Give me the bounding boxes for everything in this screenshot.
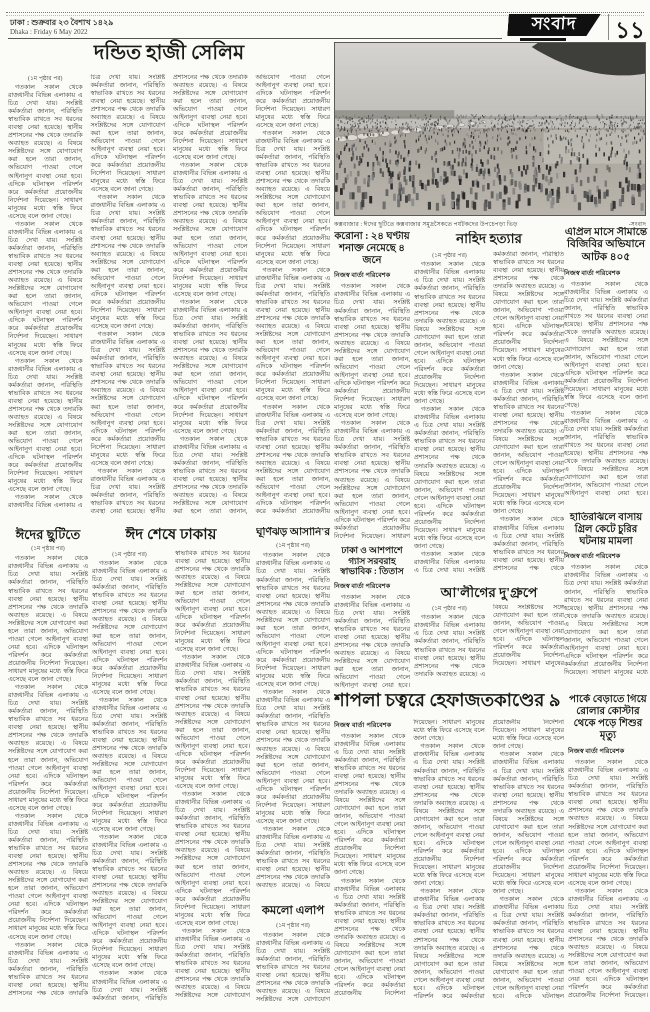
- headline-shapla: শাপলা চত্বরে হেফাজতকাণ্ডের ৯ বছর: [334, 690, 564, 711]
- article-corona: করোনা : ২৪ ঘণ্টায় শনাক্ত নেমেছে ৪ জনে ন…: [334, 231, 410, 542]
- article-body: গতকাল সকাল থেকে রাজধানীর বিভিন্ন এলাকায়…: [568, 759, 648, 1008]
- article-text: গতকাল সকাল থেকে রাজধানীর বিভিন্ন এলাকায়…: [564, 564, 648, 686]
- beach-photo: [334, 42, 646, 216]
- reporter-label: নিজস্ব বার্তা পরিবেশক: [334, 269, 410, 281]
- headline-hajee-selim: দন্ডিত হাজী সেলিম: [8, 42, 330, 66]
- headline-park: পার্কে বেড়াতে গিয়ে রোলার কোস্টার থেকে …: [568, 694, 648, 742]
- article-text: গতকাল সকাল থেকে রাজধানীর বিভিন্ন এলাকায়…: [334, 719, 564, 1003]
- continued-label: (১ম পৃষ্ঠার পর): [92, 552, 167, 559]
- headline-corona: করোনা : ২৪ ঘণ্টায় শনাক্ত নেমেছে ৪ জনে: [334, 231, 410, 266]
- article-text: গতকাল সকাল থেকে রাজধানীর বিভিন্ন এলাকায়…: [568, 759, 648, 1008]
- article-body: (১ম পৃষ্ঠার পর) গতকাল সকাল থেকে রাজধানীর…: [8, 74, 330, 518]
- article-cyclone: ঘূর্ণিঝড় আসানি'র (১ম পৃষ্ঠার পর) গতকাল …: [256, 527, 330, 899]
- article-text: গতকাল সকাল থেকে রাজধানীর বিভিন্ন এলাকায়…: [8, 555, 88, 1001]
- caption-text: কক্সবাজার : ঈদের ছুটিতে কক্সবাজার সমুদ্র…: [334, 219, 517, 230]
- article-text: গতকাল সকাল থেকে রাজধানীর বিভিন্ন এলাকায়…: [414, 251, 564, 579]
- article-text: গতকাল সকাল থেকে রাজধানীর বিভিন্ন এলাকায়…: [8, 74, 330, 518]
- article-body: গতকাল সকাল থেকে রাজধানীর বিভিন্ন এলাকায়…: [334, 283, 410, 542]
- date-bengali: ঢাকা : শুক্রবার ২৩ বৈশাখ ১৪২৯: [10, 18, 113, 28]
- article-text: গতকাল সকাল থেকে রাজধানীর বিভিন্ন এলাকায়…: [256, 932, 330, 1006]
- article-body: গতকাল সকাল থেকে রাজধানীর বিভিন্ন এলাকায়…: [564, 564, 648, 686]
- headline-eid-end: ঈদ শেষে ঢাকায়: [92, 527, 250, 545]
- headline-titas: ঢাকা ও আশপাশে গ্যাস সরবরাহ স্বাভাবিক : ত…: [334, 545, 410, 577]
- headline-awami-league: আ'লীগের দু'গ্রুপে: [414, 585, 564, 601]
- article-text: গতকাল সকাল থেকে রাজধানীর বিভিন্ন এলাকায়…: [334, 594, 410, 688]
- reporter-label: নিজস্ব বার্তা পরিবেশক: [564, 267, 648, 279]
- date-english: Dhaka : Friday 6 May 2022: [10, 28, 113, 37]
- article-text: গতকাল সকাল থেকে রাজধানীর বিভিন্ন এলাকায়…: [92, 550, 250, 1004]
- headline-hatirjheel: হাতিরঝিলে বাসায় গ্রিল কেটে চুরির ঘটনায়…: [564, 512, 648, 547]
- article-nahid: নাহিদ হত্যার (১ম পৃষ্ঠার পর) গতকাল সকাল …: [414, 231, 564, 582]
- headline-cyclone: ঘূর্ণিঝড় আসানি'র: [256, 527, 330, 539]
- reporter-label: নিজস্ব বার্তা পরিবেশক: [334, 722, 405, 730]
- article-body: গতকাল সকাল থেকে রাজধানীর বিভিন্ন এলাকায়…: [256, 932, 330, 1006]
- continued-label: (১ম পৃষ্ঠার পর): [256, 921, 330, 931]
- header-rule: [8, 38, 502, 39]
- article-text: গতকাল সকাল থেকে রাজধানীর বিভিন্ন এলাকায়…: [256, 552, 330, 892]
- article-hajee-selim: দন্ডিত হাজী সেলিম (১ম পৃষ্ঠার পর) গতকাল …: [8, 42, 330, 518]
- article-body: গতকাল সকাল থেকে রাজধানীর বিভিন্ন এলাকায়…: [334, 594, 410, 688]
- article-eid-holiday: ঈদের ছুটিতে (১ম পৃষ্ঠার পর) গতকাল সকাল থ…: [8, 527, 88, 1007]
- article-titas: ঢাকা ও আশপাশে গ্যাস সরবরাহ স্বাভাবিক : ত…: [334, 545, 410, 688]
- continued-label: (১ম পৃষ্ঠার পর): [8, 544, 88, 554]
- article-text: গতকাল সকাল থেকে রাজধানীর বিভিন্ন এলাকায়…: [334, 283, 410, 542]
- continued-label: (১ম পৃষ্ঠার পর): [414, 606, 485, 613]
- article-park: পার্কে বেড়াতে গিয়ে রোলার কোস্টার থেকে …: [568, 694, 648, 1008]
- headline-lpg: কমলো এলপি: [256, 905, 330, 919]
- dateline: ঢাকা : শুক্রবার ২৩ বৈশাখ ১৪২৯ Dhaka : Fr…: [10, 18, 113, 37]
- beach-photo-graphic: [335, 43, 645, 215]
- article-bgb: এপ্রিল মাসে সীমান্তে বিজিবির অভিযানে আটক…: [564, 227, 648, 508]
- article-body: নিজস্ব বার্তা পরিবেশক গতকাল সকাল থেকে রা…: [334, 719, 564, 1003]
- article-body: গতকাল সকাল থেকে রাজধানীর বিভিন্ন এলাকায়…: [564, 281, 648, 499]
- continued-label: (১ম পৃষ্ঠার পর): [8, 76, 83, 83]
- photo-wet-sand: [544, 130, 645, 164]
- photo-treeline: [335, 110, 454, 118]
- article-body: গতকাল সকাল থেকে রাজধানীর বিভিন্ন এলাকায়…: [8, 555, 88, 1001]
- article-awami-league: আ'লীগের দু'গ্রুপে (১ম পৃষ্ঠার পর) গতকাল …: [414, 585, 564, 688]
- header-divider: [608, 14, 609, 40]
- headline-bgb: এপ্রিল মাসে সীমান্তে বিজিবির অভিযানে আটক…: [564, 227, 648, 264]
- masthead-logo: সংবাদ: [507, 14, 601, 36]
- article-eid-end: ঈদ শেষে ঢাকায় (১ম পৃষ্ঠার পর) গতকাল সকা…: [92, 527, 250, 1007]
- continued-label: (১ম পৃষ্ঠার পর): [256, 541, 330, 551]
- reporter-label: নিজস্ব বার্তা পরিবেশক: [334, 580, 410, 592]
- article-shapla: শাপলা চত্বরে হেফাজতকাণ্ডের ৯ বছর নিজস্ব …: [334, 690, 564, 1008]
- article-body: (১ম পৃষ্ঠার পর) গতকাল সকাল থেকে রাজধানীর…: [92, 550, 250, 1004]
- headline-eid-holiday: ঈদের ছুটিতে: [8, 527, 88, 542]
- continued-label: (১ম পৃষ্ঠার পর): [414, 253, 485, 260]
- reporter-label: নিজস্ব বার্তা পরিবেশক: [564, 550, 648, 562]
- article-text: গতকাল সকাল থেকে রাজধানীর বিভিন্ন এলাকায়…: [564, 281, 648, 499]
- article-body: (১ম পৃষ্ঠার পর) গতকাল সকাল থেকে রাজধানীর…: [414, 251, 564, 579]
- article-body: গতকাল সকাল থেকে রাজধানীর বিভিন্ন এলাকায়…: [256, 552, 330, 892]
- newspaper-page: ঢাকা : শুক্রবার ২৩ বৈশাখ ১৪২৯ Dhaka : Fr…: [0, 0, 650, 1012]
- article-hatirjheel: হাতিরঝিলে বাসায় গ্রিল কেটে চুরির ঘটনায়…: [564, 512, 648, 692]
- headline-nahid: নাহিদ হত্যার: [414, 231, 564, 247]
- article-lpg: কমলো এলপি (১ম পৃষ্ঠার পর) গতকাল সকাল থেক…: [256, 905, 330, 1007]
- article-text: গতকাল সকাল থেকে রাজধানীর বিভিন্ন এলাকায়…: [414, 604, 564, 684]
- reporter-label: নিজস্ব বার্তা পরিবেশক: [568, 745, 648, 757]
- article-body: (১ম পৃষ্ঠার পর) গতকাল সকাল থেকে রাজধানীর…: [414, 604, 564, 684]
- masthead-underbar: [520, 38, 566, 41]
- top-dotted-rule: [6, 12, 644, 13]
